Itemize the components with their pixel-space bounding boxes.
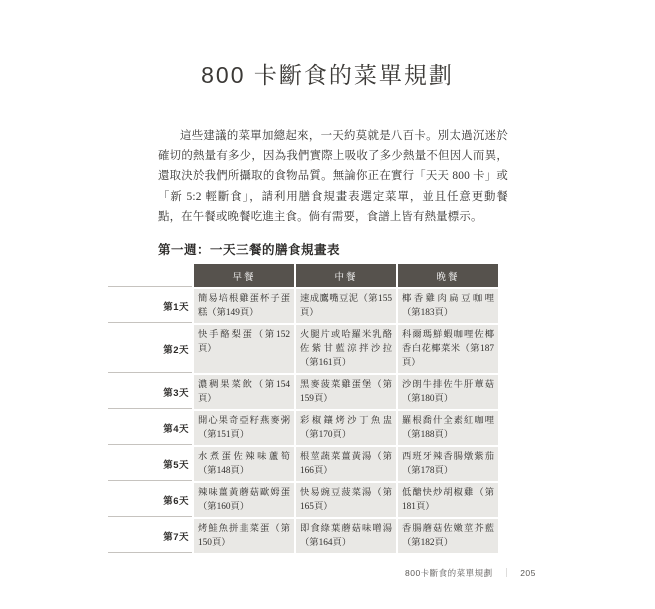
- meal-cell-lunch: 黑麥菠菜雞蛋堡（第159頁）: [296, 375, 396, 409]
- meal-cell-breakfast: 濃稠果菜飲（第154頁）: [194, 375, 294, 409]
- meal-cell-dinner: 香腸蘑菇佐嫩莖芥藍（第182頁）: [398, 519, 498, 553]
- section-heading: 第一週：一天三餐的膳食規畫表: [158, 240, 340, 258]
- day-label: 第4天: [108, 411, 192, 445]
- page-footer: 800卡斷食的菜單規劃 ｜ 205: [405, 566, 536, 579]
- footer-page-number: 205: [520, 568, 536, 578]
- page-title: 800 卡斷食的菜單規劃: [0, 57, 655, 90]
- meal-cell-breakfast: 烤鮭魚拼韭菜蛋（第150頁）: [194, 519, 294, 553]
- day-label: 第3天: [108, 375, 192, 409]
- footer-separator: ｜: [502, 566, 512, 579]
- meal-cell-dinner: 低醣快炒胡椒雞（第181頁）: [398, 483, 498, 517]
- meal-cell-dinner: 沙朗牛排佐牛肝蕈菇（第180頁）: [398, 375, 498, 409]
- table-corner-gutter: [108, 264, 192, 287]
- meal-cell-dinner: 西班牙辣香腸燉紫茄（第178頁）: [398, 447, 498, 481]
- meal-cell-breakfast: 快手酪梨蛋（第152頁）: [194, 325, 294, 373]
- book-page: 800 卡斷食的菜單規劃 這些建議的菜單加總起來，一天約莫就是八百卡。別太過沉迷…: [0, 0, 655, 609]
- footer-chapter-title: 800卡斷食的菜單規劃: [405, 567, 493, 579]
- meal-cell-breakfast: 辣味薑黃蘑菇歐姆蛋（第160頁）: [194, 483, 294, 517]
- intro-paragraph: 這些建議的菜單加總起來，一天約莫就是八百卡。別太過沉迷於確切的熱量有多少，因為我…: [158, 126, 508, 227]
- day-label: 第2天: [108, 325, 192, 373]
- meal-cell-lunch: 速成鷹嘴豆泥（第155頁）: [296, 289, 396, 323]
- meal-cell-lunch: 根莖蔬菜薑黃湯（第166頁）: [296, 447, 396, 481]
- meal-cell-lunch: 即食綠葉蘑菇味噌湯（第164頁）: [296, 519, 396, 553]
- meal-cell-breakfast: 水煮蛋佐辣味蘆筍（第148頁）: [194, 447, 294, 481]
- day-label: 第6天: [108, 483, 192, 517]
- meal-cell-breakfast: 開心果奇亞籽燕麥粥（第151頁）: [194, 411, 294, 445]
- day-label: 第5天: [108, 447, 192, 481]
- meal-cell-lunch: 火腿片或哈羅米乳酪佐紫甘藍涼拌沙拉（第161頁）: [296, 325, 396, 373]
- meal-cell-dinner: 椰香雞肉扁豆咖哩（第183頁）: [398, 289, 498, 323]
- day-label: 第1天: [108, 289, 192, 323]
- meal-cell-lunch: 彩椒鑲烤沙丁魚盅（第170頁）: [296, 411, 396, 445]
- column-header-lunch: 中餐: [296, 264, 396, 287]
- column-header-breakfast: 早餐: [194, 264, 294, 287]
- meal-cell-dinner: 科爾瑪鮮蝦咖哩佐椰香白花椰菜米（第187頁）: [398, 325, 498, 373]
- day-label: 第7天: [108, 519, 192, 553]
- column-header-dinner: 晚餐: [398, 264, 498, 287]
- meal-cell-lunch: 快易豌豆菠菜湯（第165頁）: [296, 483, 396, 517]
- meal-cell-breakfast: 簡易培根雞蛋杯子蛋糕（第149頁）: [194, 289, 294, 323]
- meal-cell-dinner: 羅根喬什全素紅咖哩（第188頁）: [398, 411, 498, 445]
- meal-plan-table: 早餐 中餐 晚餐 第1天 簡易培根雞蛋杯子蛋糕（第149頁） 速成鷹嘴豆泥（第1…: [108, 264, 498, 553]
